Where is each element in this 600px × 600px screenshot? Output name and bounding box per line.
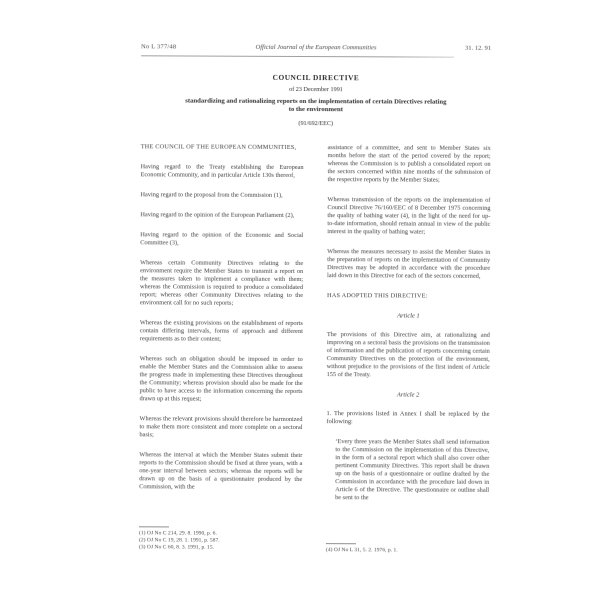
article-1-text: The provisions of this Directive aim, at… [327, 331, 490, 380]
right-column: assistance of a committee, and sent to M… [326, 144, 491, 541]
recital-1: Whereas certain Community Directives rel… [140, 259, 303, 308]
right-column-footnotes: (4) OJ No L 31, 5. 2. 1976, p. 1. [326, 543, 489, 554]
article-2-intro: 1. The provisions listed in Annex I shal… [326, 410, 489, 427]
adoption-formula: HAS ADOPTED THIS DIRECTIVE: [327, 292, 490, 301]
directive-number: (91/692/EEC) [141, 120, 491, 129]
footnote-rule [139, 526, 169, 527]
recital-6: Whereas transmission of the reports on t… [327, 196, 490, 237]
recital-4: Whereas the relevant provisions should t… [139, 415, 302, 440]
journal-title: Official Journal of the European Communi… [141, 43, 491, 52]
directive-title-block: COUNCIL DIRECTIVE of 23 December 1991 st… [141, 72, 491, 128]
document-page: No L 377/48 Official Journal of the Euro… [0, 0, 600, 600]
article-2-heading: Article 2 [327, 391, 490, 400]
journal-date: 31. 12. 91 [465, 45, 491, 52]
citation-commission-proposal: Having regard to the proposal from the C… [140, 191, 303, 200]
recital-5: Whereas the interval at which the Member… [139, 451, 302, 492]
recital-2: Whereas the existing provisions on the e… [140, 319, 303, 344]
citation-esc-opinion: Having regard to the opinion of the Econ… [140, 231, 303, 248]
header-rule [141, 55, 454, 57]
recital-5-continuation: assistance of a committee, and sent to M… [328, 144, 491, 185]
directive-kind: COUNCIL DIRECTIVE [141, 72, 491, 83]
article-2-quoted-text: ‘Every three years the Member States sha… [326, 438, 489, 503]
recital-7: Whereas the measures necessary to assist… [327, 248, 490, 281]
footnote-3: (3) OJ No C 60, 8. 3. 1991, p. 15. [139, 544, 302, 552]
directive-subject-continued: to the environment [141, 106, 491, 116]
left-column-footnotes: (1) OJ No C 214, 29. 8. 1990, p. 6. (2) … [139, 526, 302, 552]
directive-date: of 23 December 1991 [141, 85, 491, 94]
footnote-4: (4) OJ No L 31, 5. 2. 1976, p. 1. [326, 547, 489, 555]
left-column: THE COUNCIL OF THE EUROPEAN COMMUNITIES,… [139, 143, 304, 524]
article-1-heading: Article 1 [327, 312, 490, 321]
preamble-opening: THE COUNCIL OF THE EUROPEAN COMMUNITIES, [141, 143, 304, 152]
citation-treaty: Having regard to the Treaty establishing… [141, 163, 304, 180]
recital-3: Whereas such an obligation should be imp… [140, 355, 303, 404]
footnote-rule [326, 543, 356, 544]
citation-parliament-opinion: Having regard to the opinion of the Euro… [140, 211, 303, 220]
